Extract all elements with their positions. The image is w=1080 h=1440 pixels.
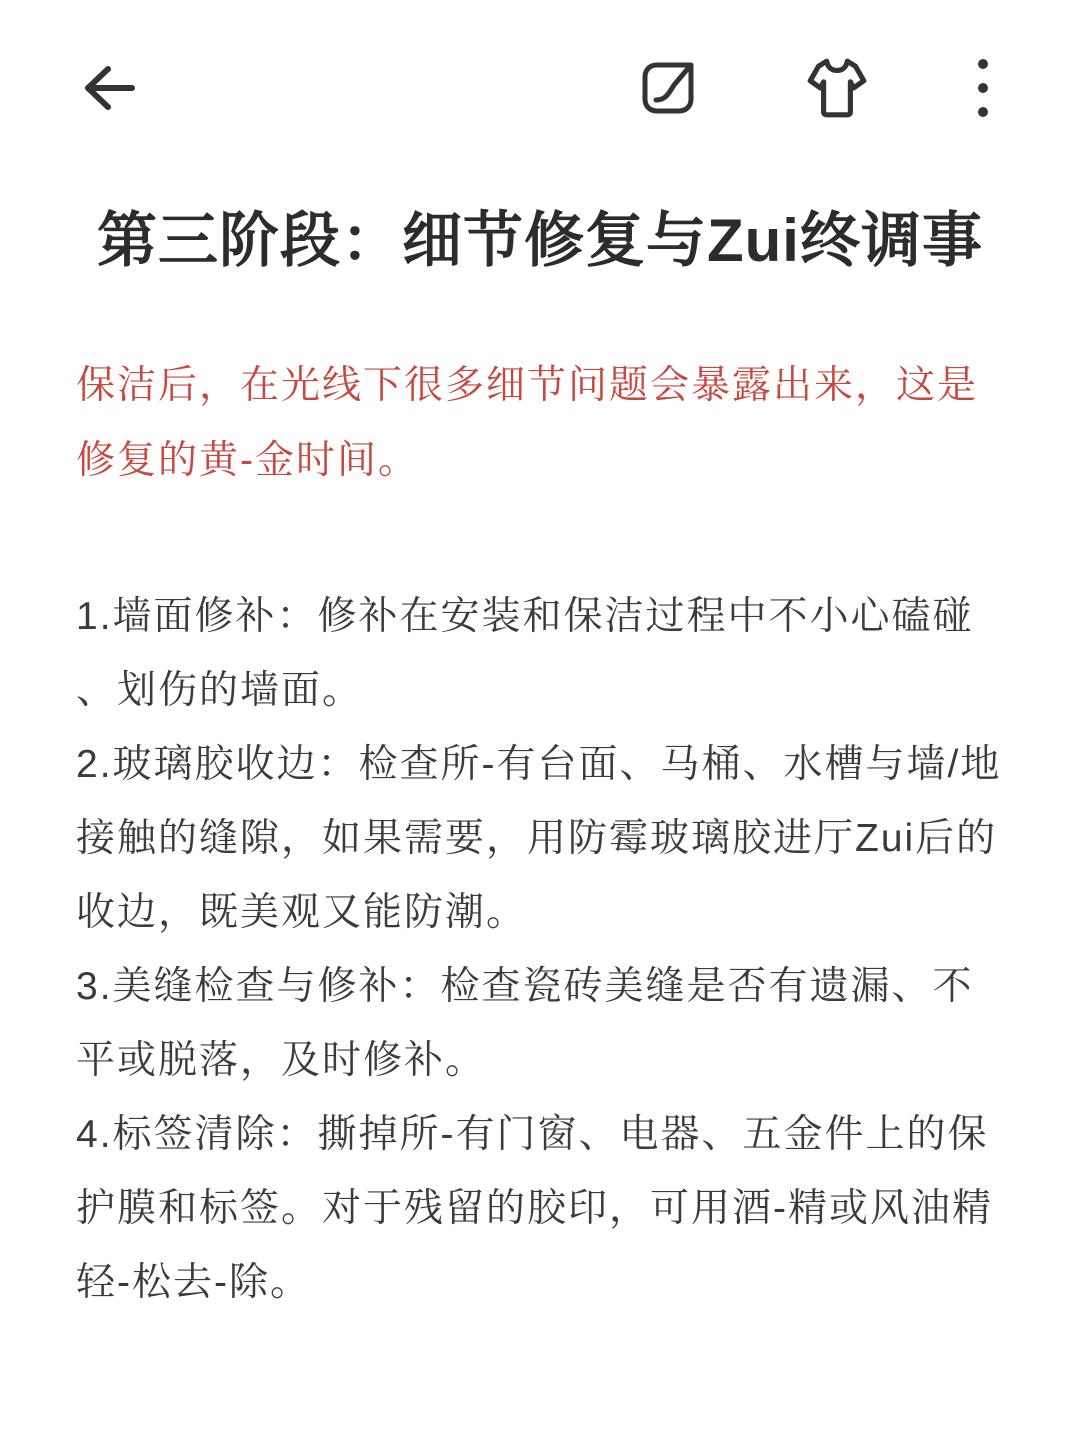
steps-list: 1.墙面修补：修补在安装和保洁过程中不小心磕碰、划伤的墙面。 2.玻璃胶收边：检… — [76, 580, 1004, 1320]
share-external-link-icon — [636, 56, 700, 120]
t-shirt-icon — [804, 54, 870, 122]
wardrobe-button[interactable] — [804, 54, 870, 122]
vertical-ellipsis-icon — [974, 54, 992, 122]
intro-paragraph: 保洁后，在光线下很多细节问题会暴露出来，这是修复的黄-金时间。 — [76, 348, 1004, 498]
list-item: 4.标签清除：撕掉所-有门窗、电器、五金件上的保护膜和标签。对于残留的胶印，可用… — [76, 1098, 1004, 1320]
top-bar-actions — [636, 54, 992, 122]
list-item: 3.美缝检查与修补：检查瓷砖美缝是否有遗漏、不平或脱落，及时修补。 — [76, 950, 1004, 1098]
back-arrow-icon — [80, 63, 138, 113]
list-item: 1.墙面修补：修补在安装和保洁过程中不小心磕碰、划伤的墙面。 — [76, 580, 1004, 728]
list-item: 2.玻璃胶收边：检查所-有台面、马桶、水槽与墙/地接触的缝隙，如果需要，用防霉玻… — [76, 728, 1004, 950]
note-content: 第三阶段：细节修复与Zui终调事 保洁后，在光线下很多细节问题会暴露出来，这是修… — [0, 196, 1080, 1320]
top-bar — [0, 0, 1080, 128]
share-button[interactable] — [636, 56, 700, 120]
note-reader-page: 第三阶段：细节修复与Zui终调事 保洁后，在光线下很多细节问题会暴露出来，这是修… — [0, 0, 1080, 1440]
note-title: 第三阶段：细节修复与Zui终调事 — [76, 196, 1004, 286]
more-menu-button[interactable] — [974, 54, 992, 122]
back-button[interactable] — [80, 63, 138, 113]
